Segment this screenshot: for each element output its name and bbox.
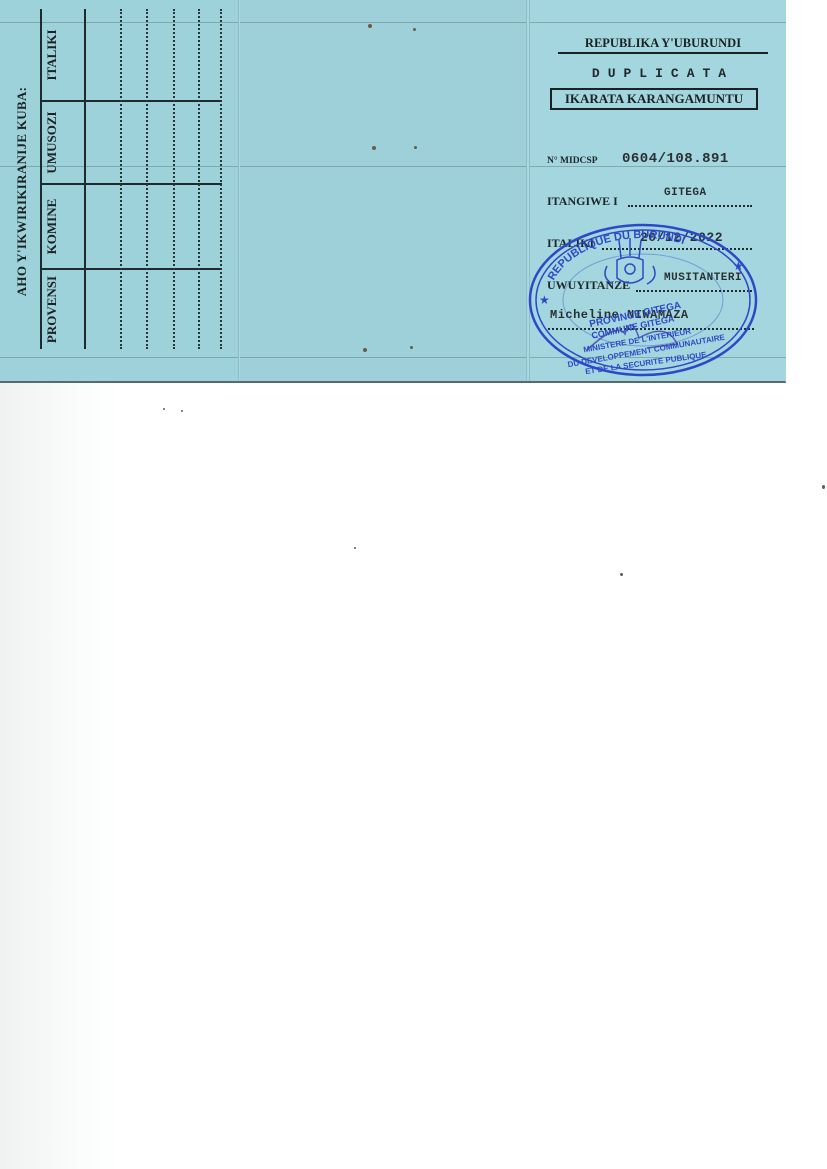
crease-line: [240, 357, 530, 358]
col-divider: [42, 183, 222, 185]
table-rule-top: [40, 9, 42, 349]
table-row-line: [220, 9, 222, 349]
id-card: AHO Y'IKWIRIKIRANIJE KUBA: PROVENSI KOMI…: [0, 0, 786, 383]
middle-panel-blank: [240, 0, 530, 381]
staple-hole: [414, 146, 417, 149]
table-row-line: [120, 9, 122, 349]
star-icon: ★: [539, 293, 550, 307]
duplicate-label: DUPLICATA: [558, 66, 768, 81]
star-icon: ★: [733, 259, 744, 273]
crease-line: [240, 22, 530, 23]
table-row-line: [173, 9, 175, 349]
stamp-seal-icon: REPUBLIQUE DU BURUNDI ★ ★ PROVINCE GITEG…: [527, 222, 759, 378]
issued-at-label: ITANGIWE I: [547, 194, 618, 209]
table-title: AHO Y'IKWIRIKIRANIJE KUBA:: [14, 0, 30, 383]
dust-speck: [163, 408, 165, 410]
dust-speck: [822, 485, 825, 489]
staple-hole: [372, 146, 376, 150]
table-row-line: [146, 9, 148, 349]
card-type-title: IKARATA KARANGAMUNTU: [550, 88, 758, 110]
col-header-umusozi: UMUSOZI: [44, 102, 60, 183]
table-rule-header: [84, 9, 86, 349]
staple-hole: [410, 346, 413, 349]
col-header-italiki: ITALIKI: [44, 10, 60, 100]
staple-hole: [368, 24, 372, 28]
midcsp-label: N° MIDCSP: [547, 156, 598, 166]
dust-speck: [181, 410, 183, 412]
dust-speck: [354, 547, 356, 549]
scan-shading: [0, 383, 120, 1169]
official-stamp: REPUBLIQUE DU BURUNDI ★ ★ PROVINCE GITEG…: [527, 222, 759, 378]
col-divider: [42, 268, 222, 270]
crease-line: [240, 166, 530, 167]
issued-at-value: GITEGA: [664, 187, 707, 199]
col-header-komine: KOMINE: [44, 185, 60, 268]
midcsp-number: 0604/108.891: [622, 151, 729, 167]
col-divider: [42, 100, 222, 102]
staple-hole: [363, 348, 367, 352]
crease-line: [530, 22, 786, 23]
country-heading: REPUBLIKA Y'UBURUNDI: [558, 36, 768, 54]
col-header-provensi: PROVENSI: [44, 270, 60, 349]
table-row-line: [198, 9, 200, 349]
left-panel-residence-table: AHO Y'IKWIRIKIRANIJE KUBA: PROVENSI KOMI…: [0, 0, 240, 381]
staple-hole: [413, 28, 416, 31]
dust-speck: [620, 573, 623, 576]
rotated-table: AHO Y'IKWIRIKIRANIJE KUBA: PROVENSI KOMI…: [0, 0, 240, 383]
coat-of-arms-icon: [605, 238, 655, 284]
issued-at-dotted-line: [628, 205, 752, 207]
